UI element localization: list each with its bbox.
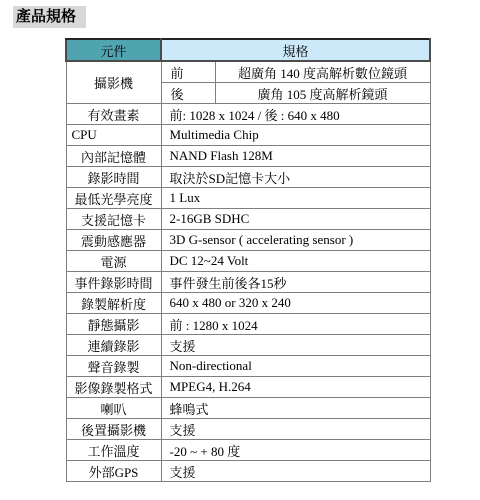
spec-value: 支援 — [161, 461, 430, 482]
table-row: 靜態攝影 前 : 1280 x 1024 — [66, 314, 430, 335]
table-row: 聲音錄製 Non-directional — [66, 356, 430, 377]
spec-value: 支援 — [161, 419, 430, 440]
spec-label: 影像錄製格式 — [66, 377, 161, 398]
table-row: 震動感應器 3D G-sensor ( accelerating sensor … — [66, 230, 430, 251]
table-row: 支援記憶卡 2-16GB SDHC — [66, 209, 430, 230]
spec-value: -20 ~ + 80 度 — [161, 440, 430, 461]
spec-value: 640 x 480 or 320 x 240 — [161, 293, 430, 314]
spec-value: Non-directional — [161, 356, 430, 377]
page-title: 產品規格 — [13, 6, 86, 28]
table-row: 內部記憶體 NAND Flash 128M — [66, 146, 430, 167]
spec-value: 前 : 1280 x 1024 — [161, 314, 430, 335]
table-row: 有效畫素 前: 1028 x 1024 / 後 : 640 x 480 — [66, 104, 430, 125]
spec-label: 錄影時間 — [66, 167, 161, 188]
camera-front-value: 超廣角 140 度高解析數位鏡頭 — [215, 61, 430, 83]
table-row: 影像錄製格式 MPEG4, H.264 — [66, 377, 430, 398]
spec-value: 3D G-sensor ( accelerating sensor ) — [161, 230, 430, 251]
spec-value: 1 Lux — [161, 188, 430, 209]
spec-label: 錄製解析度 — [66, 293, 161, 314]
header-spec: 規格 — [161, 39, 430, 61]
table-row: 後置攝影機 支援 — [66, 419, 430, 440]
spec-table: 元件 規格 攝影機 前 超廣角 140 度高解析數位鏡頭 後 廣角 105 度高… — [65, 38, 431, 482]
spec-label: 支援記憶卡 — [66, 209, 161, 230]
camera-front-label: 前 — [161, 61, 215, 83]
spec-label: 喇叭 — [66, 398, 161, 419]
table-row: 喇叭 蜂鳴式 — [66, 398, 430, 419]
table-row: 外部GPS 支援 — [66, 461, 430, 482]
spec-value: MPEG4, H.264 — [161, 377, 430, 398]
table-row: 錄影時間 取決於SD記憶卡大小 — [66, 167, 430, 188]
spec-value: 事件發生前後各15秒 — [161, 272, 430, 293]
table-row: 工作溫度 -20 ~ + 80 度 — [66, 440, 430, 461]
table-row: CPU Multimedia Chip — [66, 125, 430, 146]
spec-value: 前: 1028 x 1024 / 後 : 640 x 480 — [161, 104, 430, 125]
spec-label: 靜態攝影 — [66, 314, 161, 335]
spec-value: NAND Flash 128M — [161, 146, 430, 167]
spec-value: 2-16GB SDHC — [161, 209, 430, 230]
spec-label: 事件錄影時間 — [66, 272, 161, 293]
table-body: 攝影機 前 超廣角 140 度高解析數位鏡頭 後 廣角 105 度高解析鏡頭 有… — [66, 61, 430, 482]
header-row: 元件 規格 — [66, 39, 430, 61]
table-row: 錄製解析度 640 x 480 or 320 x 240 — [66, 293, 430, 314]
spec-label: 震動感應器 — [66, 230, 161, 251]
spec-label: 後置攝影機 — [66, 419, 161, 440]
spec-value: 支援 — [161, 335, 430, 356]
table-row: 電源 DC 12~24 Volt — [66, 251, 430, 272]
camera-rear-value: 廣角 105 度高解析鏡頭 — [215, 83, 430, 104]
spec-label: 最低光學亮度 — [66, 188, 161, 209]
table-row: 事件錄影時間 事件發生前後各15秒 — [66, 272, 430, 293]
table-row: 最低光學亮度 1 Lux — [66, 188, 430, 209]
spec-label: 電源 — [66, 251, 161, 272]
camera-row-front: 攝影機 前 超廣角 140 度高解析數位鏡頭 — [66, 61, 430, 83]
spec-label: 有效畫素 — [66, 104, 161, 125]
spec-value: 取決於SD記憶卡大小 — [161, 167, 430, 188]
table-header: 元件 規格 — [66, 39, 430, 61]
spec-label: CPU — [66, 125, 161, 146]
spec-value: DC 12~24 Volt — [161, 251, 430, 272]
camera-rear-label: 後 — [161, 83, 215, 104]
spec-label: 聲音錄製 — [66, 356, 161, 377]
spec-label: 工作溫度 — [66, 440, 161, 461]
spec-label: 連續錄影 — [66, 335, 161, 356]
spec-label: 內部記憶體 — [66, 146, 161, 167]
spec-value: 蜂鳴式 — [161, 398, 430, 419]
camera-label: 攝影機 — [66, 61, 161, 104]
spec-label: 外部GPS — [66, 461, 161, 482]
header-component: 元件 — [66, 39, 161, 61]
table-row: 連續錄影 支援 — [66, 335, 430, 356]
spec-value: Multimedia Chip — [161, 125, 430, 146]
